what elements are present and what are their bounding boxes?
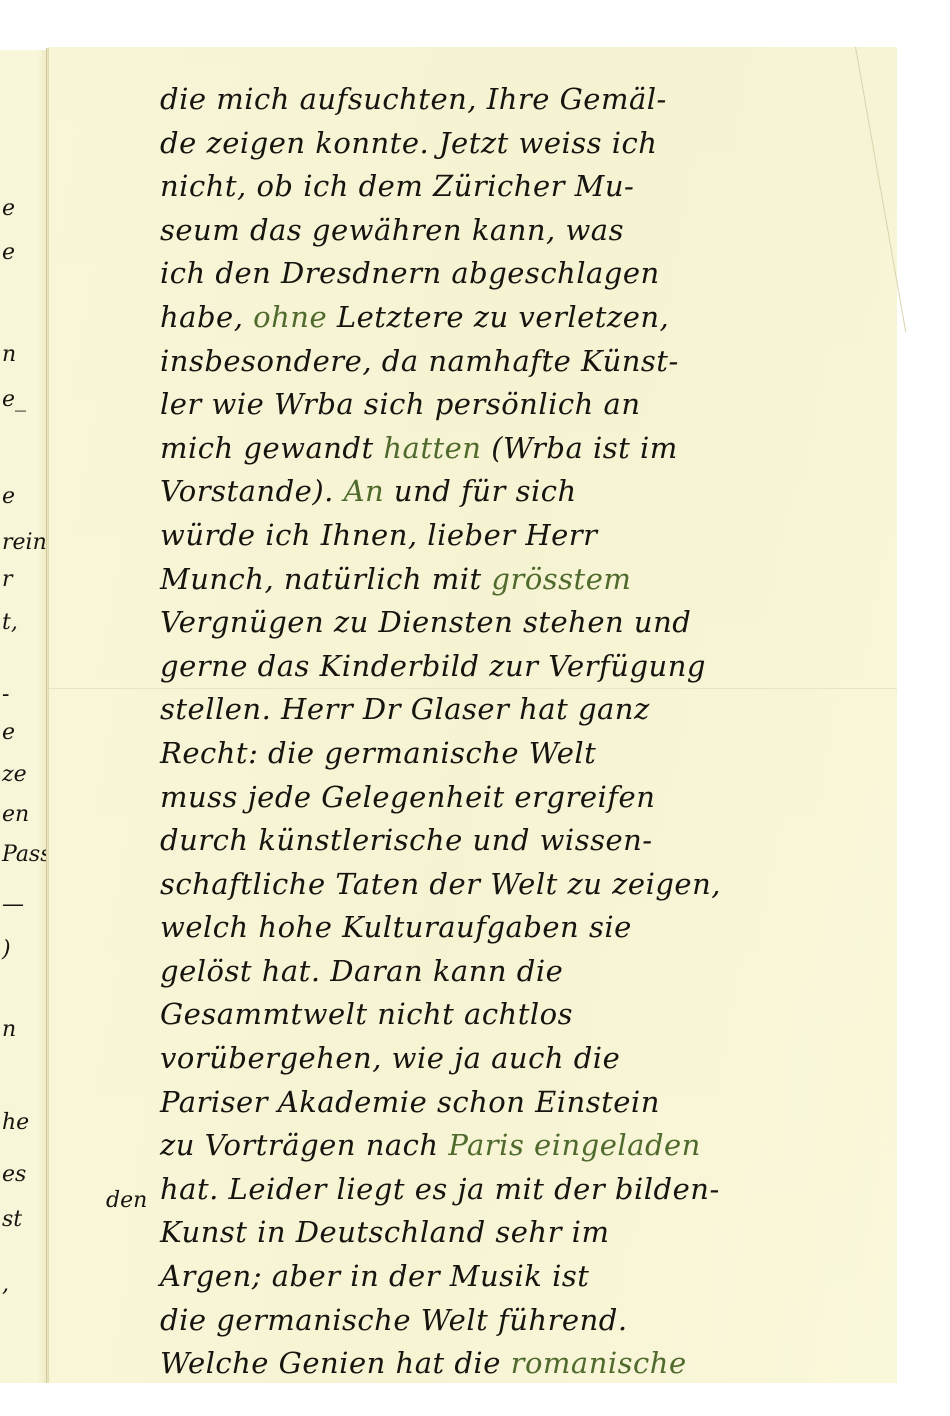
text-line: welch hohe Kulturaufgaben sie xyxy=(160,906,900,950)
fragment-text: st xyxy=(2,1207,22,1232)
line-text: Welche Genien hat die xyxy=(160,1346,511,1380)
fragment-text: en xyxy=(2,802,29,827)
fragment-text: t, xyxy=(2,610,18,635)
line-text: habe, xyxy=(160,300,253,334)
fragment-text: e xyxy=(2,720,15,745)
previous-page-fragments: eene_ereinrt,-ezeenPass—)nheesst, xyxy=(0,0,46,1416)
text-line: habe, ohne Letztere zu verletzen, xyxy=(160,296,900,340)
fragment-text: Pass xyxy=(2,842,46,867)
text-line: Vergnügen zu Diensten stehen und xyxy=(160,601,900,645)
text-line: muss jede Gelegenheit ergreifen xyxy=(160,776,900,820)
line-text: Pariser Akademie schon Einstein xyxy=(160,1085,660,1119)
text-line: de zeigen konnte. Jetzt weiss ich xyxy=(160,122,900,166)
line-text: Gesammtwelt nicht achtlos xyxy=(160,997,573,1031)
text-line: würde ich Ihnen, lieber Herr xyxy=(160,514,900,558)
fragment-text: , xyxy=(2,1272,9,1297)
text-line: stellen. Herr Dr Glaser hat ganz xyxy=(160,688,900,732)
line-text: die mich aufsuchten, Ihre Gemäl- xyxy=(160,82,667,116)
text-line: mich gewandt hatten (Wrba ist im xyxy=(160,427,900,471)
text-line: Kunst in Deutschland sehr im xyxy=(160,1211,900,1255)
text-line: ich den Dresdnern abgeschlagen xyxy=(160,252,900,296)
text-line: schaftliche Taten der Welt zu zeigen, xyxy=(160,863,900,907)
line-text: würde ich Ihnen, lieber Herr xyxy=(160,518,598,552)
green-ink-text: grösstem xyxy=(491,562,631,596)
text-line: ler wie Wrba sich persönlich an xyxy=(160,383,900,427)
text-line: Vorstande). An und für sich xyxy=(160,470,900,514)
line-text: die germanische Welt führend. xyxy=(160,1303,628,1337)
green-ink-text: ohne xyxy=(253,300,327,334)
fragment-text: e xyxy=(2,240,15,265)
fragment-text: ) xyxy=(2,937,11,962)
fragment-text: e xyxy=(2,484,15,509)
text-line: durch künstlerische und wissen- xyxy=(160,819,900,863)
fragment-text: n xyxy=(2,342,16,367)
line-text: Kunst in Deutschland sehr im xyxy=(160,1215,609,1249)
line-text: und für sich xyxy=(384,474,576,508)
green-ink-text: An xyxy=(344,474,385,508)
fragment-text: n xyxy=(2,1017,16,1042)
letter-scan: eene_ereinrt,-ezeenPass—)nheesst, die mi… xyxy=(0,0,950,1416)
line-text: seum das gewähren kann, was xyxy=(160,213,624,247)
text-line: zu Vorträgen nach Paris eingeladen xyxy=(160,1124,900,1168)
line-text: de zeigen konnte. Jetzt weiss ich xyxy=(160,126,657,160)
green-ink-text: romanische xyxy=(511,1346,687,1380)
line-text: gelöst hat. Daran kann die xyxy=(160,954,563,988)
line-text: stellen. Herr Dr Glaser hat ganz xyxy=(160,692,650,726)
line-text: Argen; aber in der Musik ist xyxy=(160,1259,589,1293)
line-text: durch künstlerische und wissen- xyxy=(160,823,653,857)
text-line: gelöst hat. Daran kann die xyxy=(160,950,900,994)
text-line: seum das gewähren kann, was xyxy=(160,209,900,253)
text-line: Munch, natürlich mit grösstem xyxy=(160,558,900,602)
margin-note: den xyxy=(106,1188,147,1213)
line-text: muss jede Gelegenheit ergreifen xyxy=(160,780,655,814)
handwritten-text: die mich aufsuchten, Ihre Gemäl-de zeige… xyxy=(160,78,900,1386)
text-line: Pariser Akademie schon Einstein xyxy=(160,1081,900,1125)
green-ink-text: Paris eingeladen xyxy=(448,1128,701,1162)
line-text: insbesondere, da namhafte Künst- xyxy=(160,344,679,378)
line-text: gerne das Kinderbild zur Verfügung xyxy=(160,649,706,683)
line-text: Munch, natürlich mit xyxy=(160,562,491,596)
fragment-text: he xyxy=(2,1110,29,1135)
fragment-text: e xyxy=(2,196,15,221)
text-line: nicht, ob ich dem Züricher Mu- xyxy=(160,165,900,209)
fragment-text: ze xyxy=(2,762,27,787)
line-text: schaftliche Taten der Welt zu zeigen, xyxy=(160,867,721,901)
line-text: Recht: die germanische Welt xyxy=(160,736,596,770)
line-text: welch hohe Kulturaufgaben sie xyxy=(160,910,632,944)
green-ink-text: hatten xyxy=(383,431,481,465)
text-line: gerne das Kinderbild zur Verfügung xyxy=(160,645,900,689)
fragment-text: e_ xyxy=(2,387,26,412)
line-text: Letztere zu verletzen, xyxy=(327,300,669,334)
fragment-text: rein xyxy=(2,530,46,555)
line-text: nicht, ob ich dem Züricher Mu- xyxy=(160,169,634,203)
line-text: vorübergehen, wie ja auch die xyxy=(160,1041,620,1075)
line-text: mich gewandt xyxy=(160,431,383,465)
line-text: Vergnügen zu Diensten stehen und xyxy=(160,605,691,639)
fragment-text: r xyxy=(2,567,13,592)
fragment-text: es xyxy=(2,1162,26,1187)
text-line: Gesammtwelt nicht achtlos xyxy=(160,993,900,1037)
line-text: ler wie Wrba sich persönlich an xyxy=(160,387,641,421)
text-line: hat. Leider liegt es ja mit der bilden- xyxy=(160,1168,900,1212)
text-line: vorübergehen, wie ja auch die xyxy=(160,1037,900,1081)
line-text: (Wrba ist im xyxy=(482,431,678,465)
line-text: ich den Dresdnern abgeschlagen xyxy=(160,256,660,290)
line-text: zu Vorträgen nach xyxy=(160,1128,448,1162)
line-text: hat. Leider liegt es ja mit der bilden- xyxy=(160,1172,720,1206)
fragment-text: — xyxy=(2,892,24,917)
text-line: die mich aufsuchten, Ihre Gemäl- xyxy=(160,78,900,122)
line-text: Vorstande). xyxy=(160,474,344,508)
fragment-text: - xyxy=(2,682,9,707)
text-line: die germanische Welt führend. xyxy=(160,1299,900,1343)
text-line: Argen; aber in der Musik ist xyxy=(160,1255,900,1299)
text-line: Recht: die germanische Welt xyxy=(160,732,900,776)
text-line: insbesondere, da namhafte Künst- xyxy=(160,340,900,384)
text-line: Welche Genien hat die romanische xyxy=(160,1342,900,1386)
